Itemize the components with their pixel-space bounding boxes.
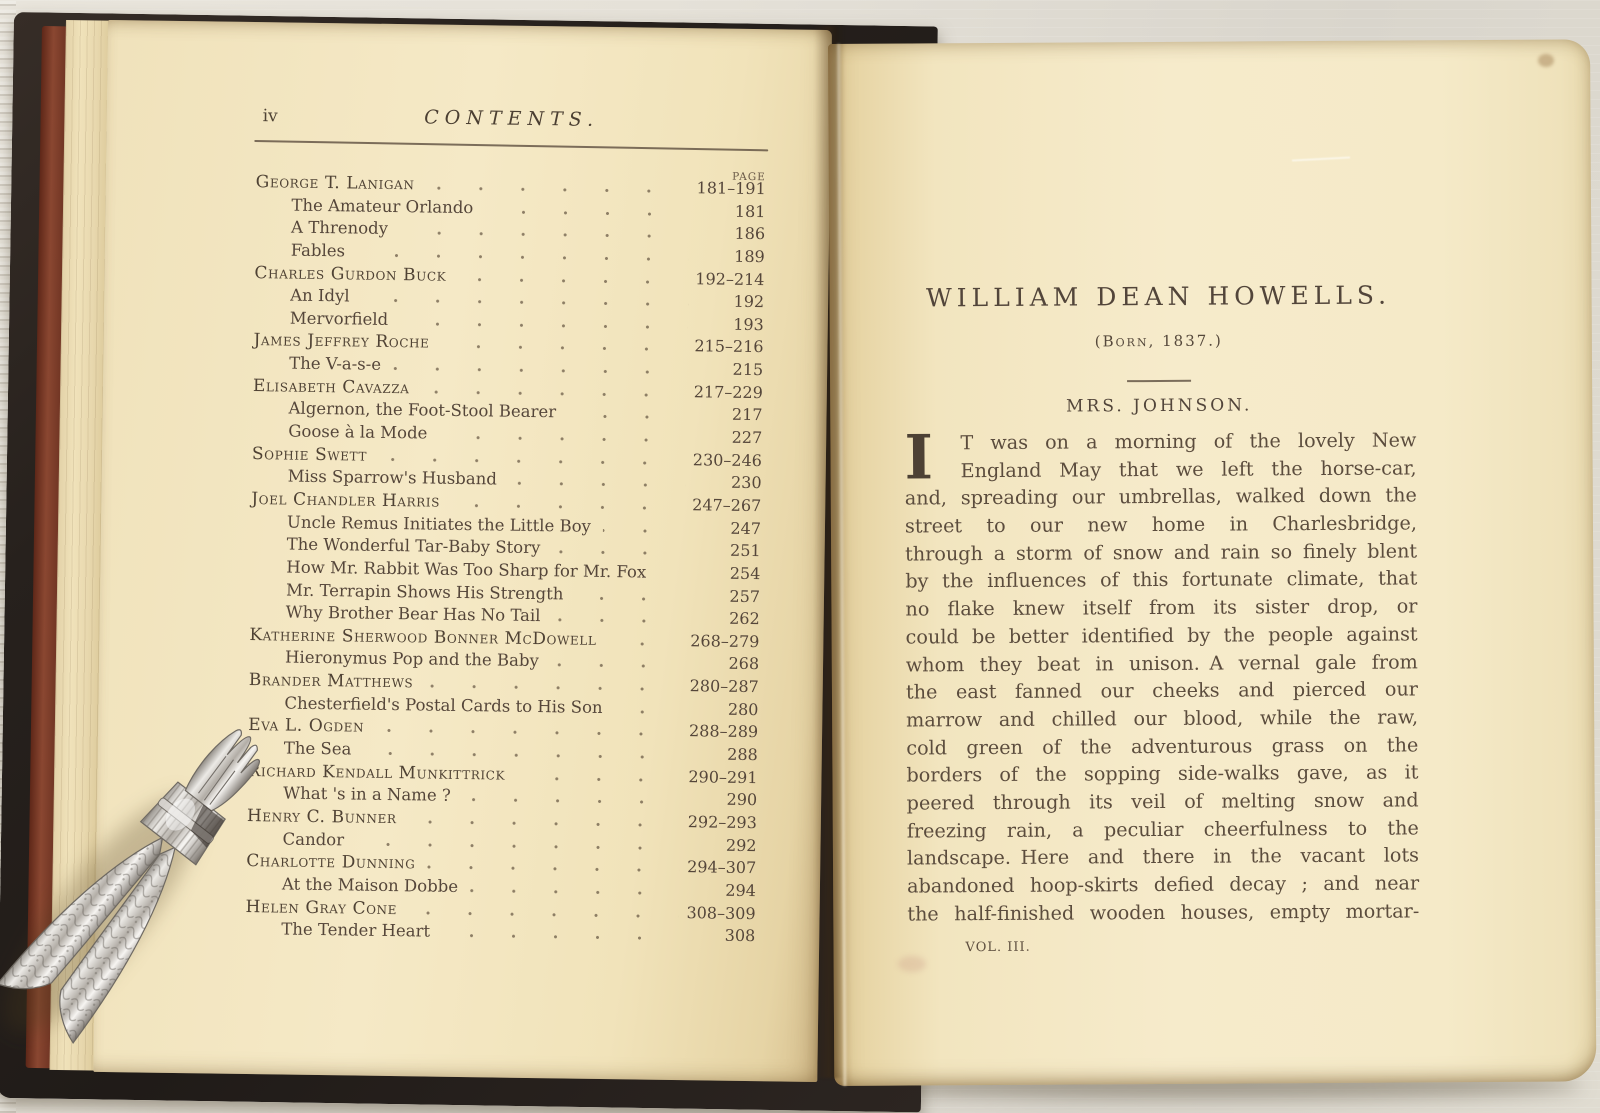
toc-leader-dots xyxy=(509,482,686,487)
toc-entry-label: Joel Chandler Harris xyxy=(251,489,440,512)
toc-leader-dots xyxy=(425,685,681,692)
toc-entry-pages: 192 xyxy=(696,291,764,311)
toc-entry-label: A Threnody xyxy=(255,217,388,238)
toc-leader-dots xyxy=(608,642,682,646)
toc-leader-dots xyxy=(409,911,678,918)
toc-entry-pages: 193 xyxy=(696,314,764,334)
toc-leader-dots xyxy=(362,299,689,307)
toc-leader-dots xyxy=(552,551,684,556)
section-title: MRS. JOHNSON. xyxy=(904,394,1414,417)
toc-leader-dots xyxy=(485,210,689,216)
toc-entry-pages: 181–191 xyxy=(697,178,766,198)
toc-entry-pages: 186 xyxy=(697,224,765,244)
body-line: cold green of the adventurous grass on t… xyxy=(906,731,1418,762)
toc-leader-dots xyxy=(439,436,686,442)
toc-leader-dots xyxy=(603,529,685,533)
toc-leader-dots xyxy=(458,277,687,283)
toc-entry-pages: 292–293 xyxy=(688,812,757,832)
body-line: street to our new home in Charlesbridge, xyxy=(905,509,1417,540)
toc-entry-label: Fables xyxy=(255,240,346,260)
toc-leader-dots xyxy=(658,575,684,578)
toc-leader-dots xyxy=(452,504,684,510)
toc-entry-label: Elisabeth Cavazza xyxy=(253,376,410,398)
toc-entry-pages: 215–216 xyxy=(694,337,763,357)
right-page-content: WILLIAM DEAN HOWELLS. (Born, 1837.) MRS.… xyxy=(828,39,1596,1086)
toc-entry-label: Algernon, the Foot-Stool Bearer xyxy=(252,398,556,421)
right-page: WILLIAM DEAN HOWELLS. (Born, 1837.) MRS.… xyxy=(828,39,1596,1086)
toc-entry-label: Why Brother Bear Has No Tail xyxy=(250,602,541,625)
toc-entry-label: James Jeffrey Roche xyxy=(253,331,429,353)
body-line: and, spreading our umbrellas, walked dow… xyxy=(905,482,1417,513)
toc-leader-dots xyxy=(552,618,683,623)
toc-entry-label: Uncle Remus Initiates the Little Boy xyxy=(251,512,591,536)
chapter-title: WILLIAM DEAN HOWELLS. xyxy=(903,280,1413,312)
body-line: by the influences of this fortunate clim… xyxy=(905,565,1417,596)
toc-leader-dots xyxy=(551,664,683,669)
toc-entry-label: George T. Lanigan xyxy=(256,172,415,194)
toc-leader-dots xyxy=(409,820,680,827)
toc-leader-dots xyxy=(568,415,686,420)
toc-leader-dots xyxy=(400,322,688,329)
toc-entry-pages: 254 xyxy=(692,563,760,583)
toc-leader-dots xyxy=(376,729,681,736)
toc-leader-dots xyxy=(615,710,683,714)
toc-entry-pages: 181 xyxy=(697,201,765,221)
toc-leader-dots xyxy=(441,345,686,351)
toc-leader-dots xyxy=(463,798,681,804)
body-line: whom they beat in unison. A vernal gale … xyxy=(906,648,1418,679)
toc-entry-pages: 294 xyxy=(688,880,756,900)
toc-entry-pages: 268 xyxy=(691,654,759,674)
toc-entry-label: The Wonderful Tar-Baby Story xyxy=(251,534,541,557)
pink-smudge-stain xyxy=(898,956,926,972)
body-line: abandoned hoop-skirts defied decay ; and… xyxy=(907,869,1419,900)
toc-entry-label: Miss Sparrow's Husband xyxy=(252,466,497,488)
body-line: the half-finished wooden houses, empty m… xyxy=(907,897,1419,928)
toc-leader-dots xyxy=(400,231,689,238)
toc-entry-label: Hieronymus Pop and the Baby xyxy=(249,647,539,670)
toc-leader-dots xyxy=(357,253,689,261)
toc-entry-label: Mr. Terrapin Shows His Strength xyxy=(250,580,564,603)
toc-entry-pages: 262 xyxy=(692,608,760,628)
body-line: England May that we left the horse-car, xyxy=(905,454,1417,485)
toc-leader-dots xyxy=(356,842,681,850)
toc-leader-dots xyxy=(575,596,684,601)
toc-entry-pages: 189 xyxy=(697,246,765,266)
toc-entry-pages: 268–279 xyxy=(690,631,759,651)
toc-entry-pages: 192–214 xyxy=(695,269,764,289)
toc-entry-pages: 288 xyxy=(690,744,758,764)
body-line: borders of the sopping side-walks gave, … xyxy=(906,759,1418,790)
body-paragraph: T was on a morning of the lovely NewEngl… xyxy=(904,426,1419,927)
toc-entry-label: An Idyl xyxy=(254,285,350,305)
toc-entry-label: Goose à la Mode xyxy=(252,421,427,442)
body-line: marrow and chilled our blood, while the … xyxy=(906,703,1418,734)
body-line: peered through its veil of melting snow … xyxy=(907,786,1419,817)
toc-entry-label: The Amateur Orlando xyxy=(255,195,473,217)
photograph-of-open-book: iv CONTENTS. PAGE George T. Lanigan181–1… xyxy=(0,0,1600,1113)
toc-entry-pages: 308–309 xyxy=(686,903,755,923)
body-line: landscape. Here and there in the vacant … xyxy=(907,842,1419,873)
chapter-subtitle: (Born, 1837.) xyxy=(904,330,1414,351)
toc-entry-pages: 227 xyxy=(694,427,762,447)
body-line: the east fanned our cheeks and pierced o… xyxy=(906,676,1418,707)
toc-leader-dots xyxy=(379,458,685,465)
contents-heading: CONTENTS. xyxy=(257,104,767,133)
body-line: freezing rain, a peculiar cheerfulness t… xyxy=(907,814,1419,845)
toc-entry-label: Charles Gurdon Buck xyxy=(254,263,446,286)
toc-entry-pages: 288–289 xyxy=(689,722,758,742)
toc-entry-pages: 290–291 xyxy=(688,767,757,787)
toc-entry-label: Mervorfield xyxy=(254,308,389,329)
toc-leader-dots xyxy=(427,866,679,873)
toc-entry-label: The V-a-s-e xyxy=(253,353,381,374)
toc-entry-pages: 247–267 xyxy=(692,495,761,515)
body-line: could be better identified by the people… xyxy=(906,620,1418,651)
volume-footer: VOL. III. xyxy=(965,940,1030,955)
toc-entry-pages: 217 xyxy=(694,405,762,425)
toc-leader-dots xyxy=(393,367,687,374)
toc-entry-label: Katherine Sherwood Bonner McDowell xyxy=(249,625,596,650)
toc-leader-dots xyxy=(470,889,680,895)
toc-entry-pages: 230–246 xyxy=(693,450,762,470)
toc-entry-pages: 292 xyxy=(688,835,756,855)
title-rule xyxy=(1127,380,1191,382)
body-line: no flake knew itself from its sister dro… xyxy=(905,593,1417,624)
toc-entry-pages: 251 xyxy=(693,540,761,560)
toc-entry-pages: 290 xyxy=(689,789,757,809)
toc-entry-pages: 215 xyxy=(695,359,763,379)
toc-entry-pages: 257 xyxy=(692,586,760,606)
toc-entry-pages: 280 xyxy=(690,699,758,719)
toc-leader-dots xyxy=(421,390,685,397)
toc-entry-pages: 230 xyxy=(693,473,761,493)
heading-rule xyxy=(254,140,768,151)
toc-entry-label: Sophie Swett xyxy=(252,444,367,466)
toc-leader-dots xyxy=(442,934,679,940)
silver-hand-bookmark-clip xyxy=(0,688,330,1113)
gutter-shadow xyxy=(814,26,844,1078)
toc-leader-dots xyxy=(426,186,688,193)
toc-entry-pages: 308 xyxy=(687,925,755,945)
toc-entry-pages: 217–229 xyxy=(694,382,763,402)
toc-entry-pages: 247 xyxy=(693,518,761,538)
toc-entry-pages: 280–287 xyxy=(690,676,759,696)
toc-leader-dots xyxy=(363,752,681,759)
body-line: T was on a morning of the lovely New xyxy=(904,426,1416,457)
toc-leader-dots xyxy=(517,776,680,781)
foxing-stain xyxy=(1538,54,1554,67)
body-line: through a storm of snow and rain so fine… xyxy=(905,537,1417,568)
toc-entry-pages: 294–307 xyxy=(687,857,756,877)
